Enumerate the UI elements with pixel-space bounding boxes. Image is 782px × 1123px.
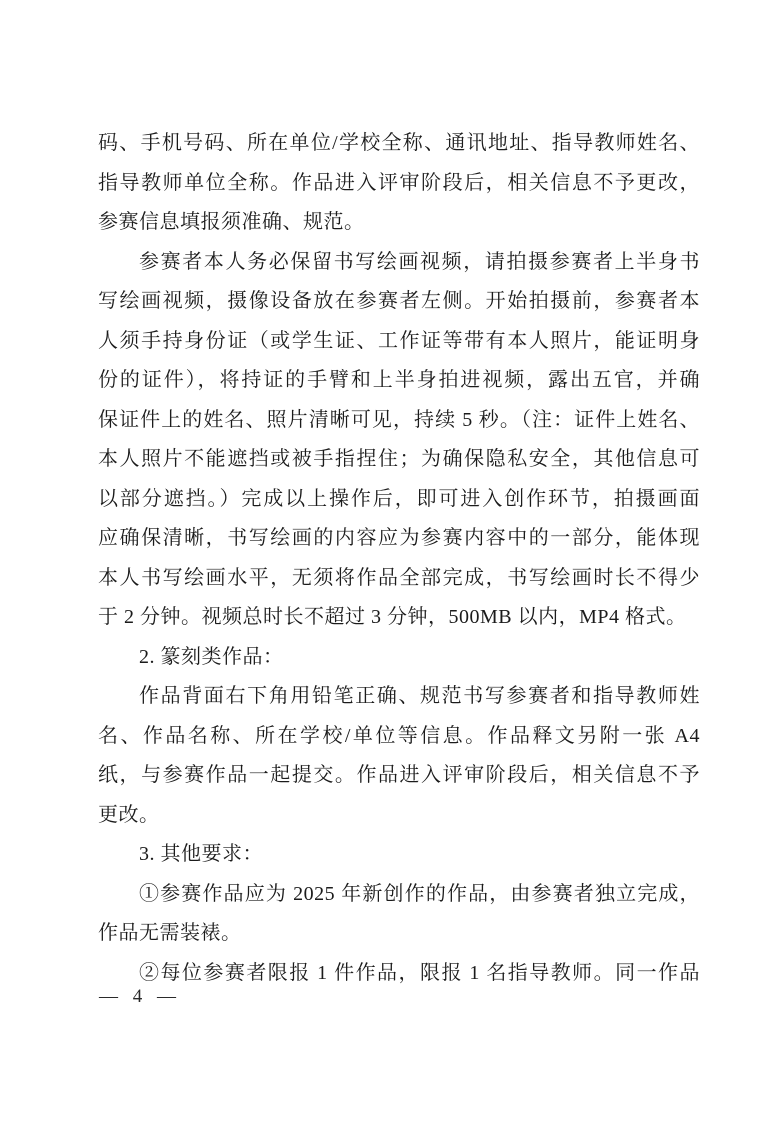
text-line: 于 2 分钟。视频总时长不超过 3 分钟，500MB 以内，MP4 格式。 bbox=[98, 598, 700, 638]
text-line: 参赛信息填报须准确、规范。 bbox=[98, 203, 700, 243]
text-line: 以部分遮挡。）完成以上操作后，即可进入创作环节，拍摄画面 bbox=[98, 480, 700, 520]
text-line: 写绘画视频，摄像设备放在参赛者左侧。开始拍摄前，参赛者本 bbox=[98, 282, 700, 322]
text-line: 本人照片不能遮挡或被手指捏住；为确保隐私安全，其他信息可 bbox=[98, 440, 700, 480]
text-line: 保证件上的姓名、照片清晰可见，持续 5 秒。（注：证件上姓名、 bbox=[98, 401, 700, 441]
text-line: 参赛者本人务必保留书写绘画视频，请拍摄参赛者上半身书 bbox=[98, 243, 700, 283]
text-line: 纸，与参赛作品一起提交。作品进入评审阶段后，相关信息不予 bbox=[98, 756, 700, 796]
text-line: ②每位参赛者限报 1 件作品，限报 1 名指导教师。同一作品 bbox=[98, 954, 700, 994]
text-line: 作品背面右下角用铅笔正确、规范书写参赛者和指导教师姓 bbox=[98, 677, 700, 717]
text-line: 人须手持身份证（或学生证、工作证等带有本人照片，能证明身 bbox=[98, 322, 700, 362]
text-line: 3. 其他要求： bbox=[98, 835, 700, 875]
text-line: 2. 篆刻类作品： bbox=[98, 638, 700, 678]
text-line: 本人书写绘画水平，无须将作品全部完成，书写绘画时长不得少 bbox=[98, 559, 700, 599]
text-line: 更改。 bbox=[98, 796, 700, 836]
text-line: 应确保清晰，书写绘画的内容应为参赛内容中的一部分，能体现 bbox=[98, 519, 700, 559]
document-body: 码、手机号码、所在单位/学校全称、通讯地址、指导教师姓名、指导教师单位全称。作品… bbox=[98, 124, 700, 993]
text-line: 作品无需装裱。 bbox=[98, 914, 700, 954]
text-line: 份的证件），将持证的手臂和上半身拍进视频，露出五官，并确 bbox=[98, 361, 700, 401]
page-number: — 4 — bbox=[99, 984, 178, 1010]
text-line: 指导教师单位全称。作品进入评审阶段后，相关信息不予更改， bbox=[98, 164, 700, 204]
text-line: 名、作品名称、所在学校/单位等信息。作品释文另附一张 A4 bbox=[98, 717, 700, 757]
text-line: ①参赛作品应为 2025 年新创作的作品，由参赛者独立完成， bbox=[98, 875, 700, 915]
document-page: 码、手机号码、所在单位/学校全称、通讯地址、指导教师姓名、指导教师单位全称。作品… bbox=[0, 0, 782, 1123]
text-line: 码、手机号码、所在单位/学校全称、通讯地址、指导教师姓名、 bbox=[98, 124, 700, 164]
